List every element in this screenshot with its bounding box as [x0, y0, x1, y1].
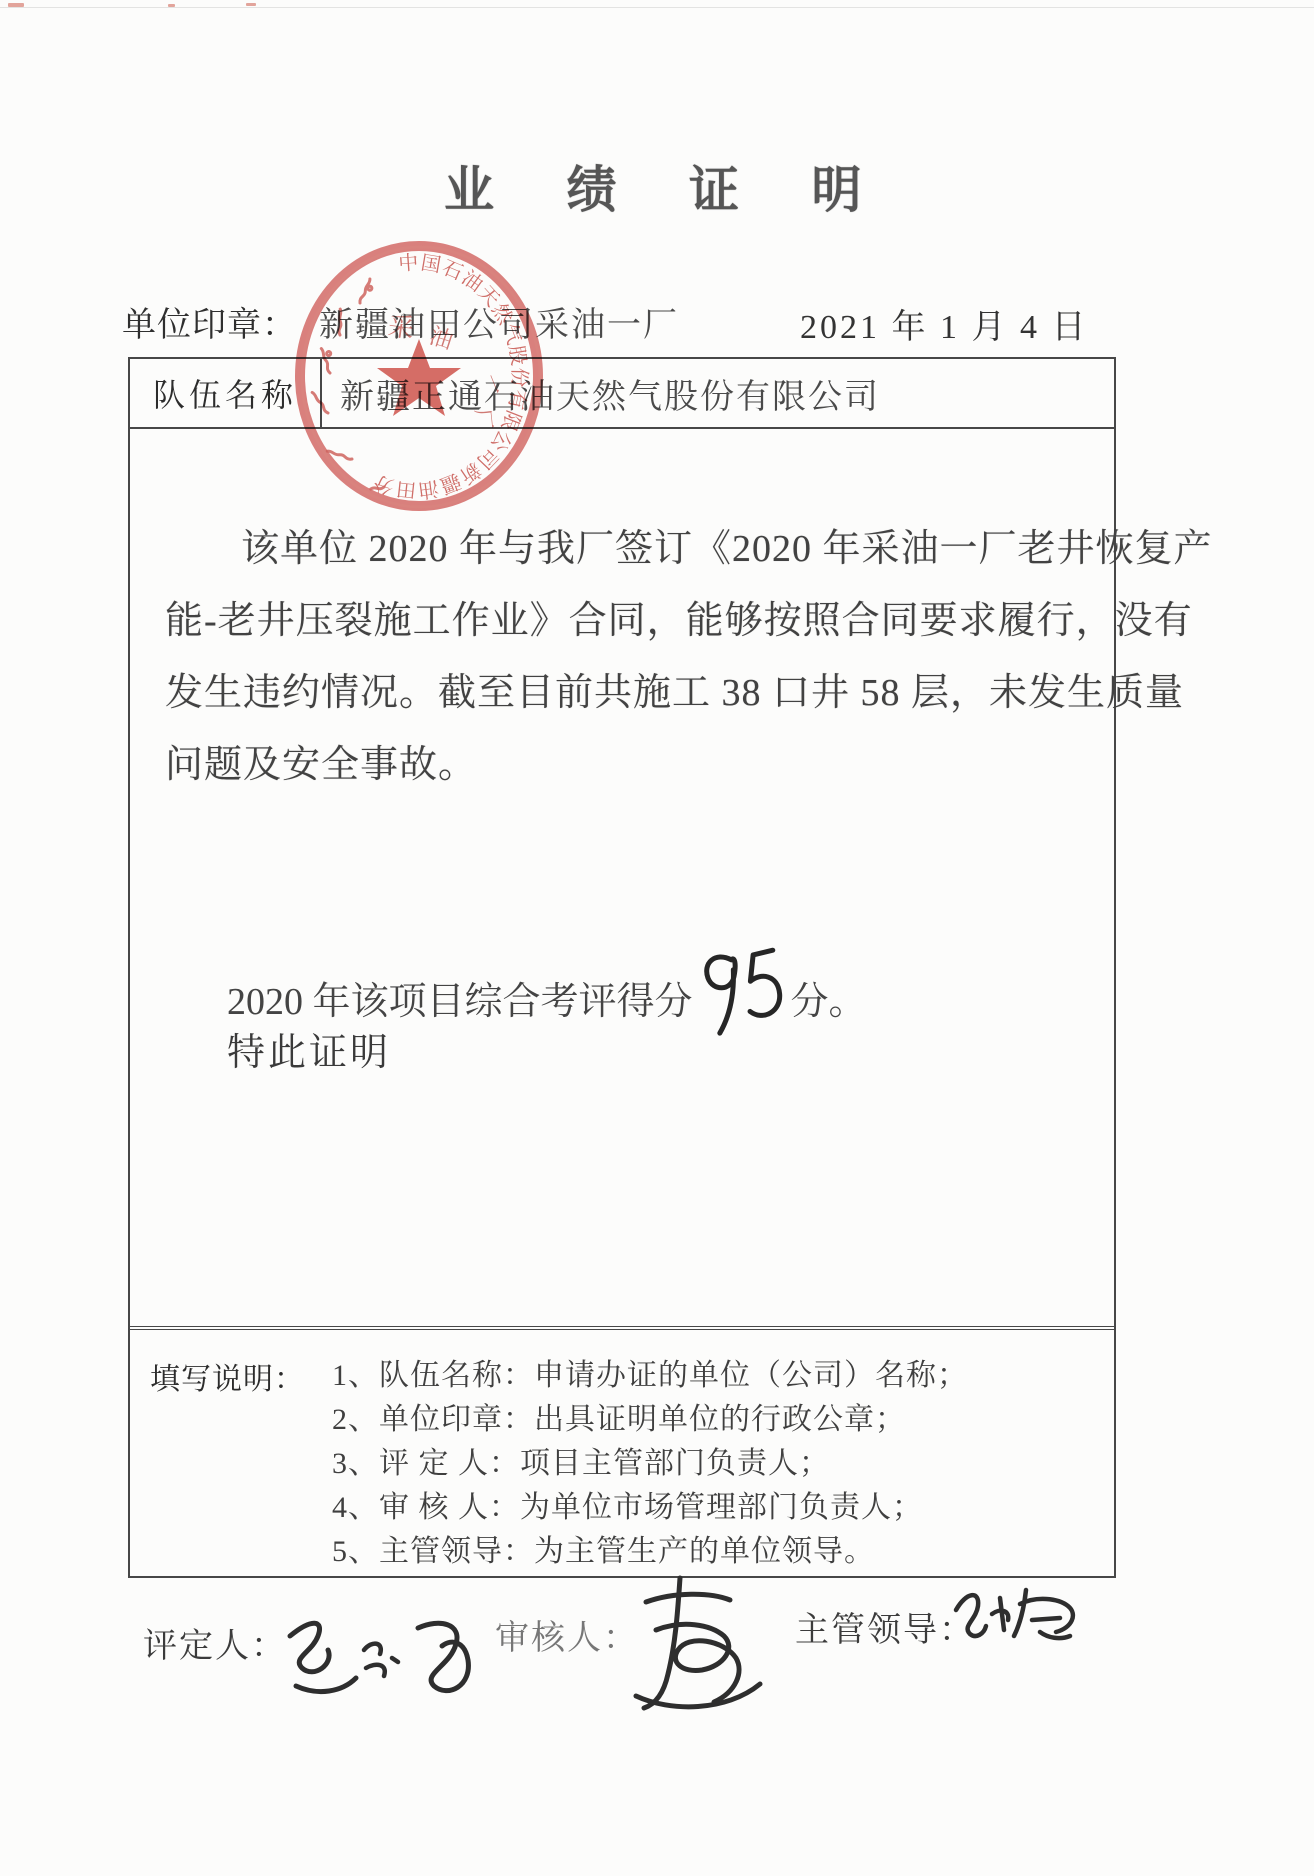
- scan-artifact: [168, 4, 175, 7]
- score-suffix: 分。: [791, 970, 867, 1025]
- score-line: 2020 年该项目综合考评得分 分。: [227, 929, 867, 1025]
- certificate-form-table: 队伍名称 新疆正通石油天然气股份有限公司 该单位 2020 年与我厂签订《202…: [128, 357, 1116, 1578]
- scan-edge-line: [0, 7, 1314, 8]
- body-line: 能-老井压裂施工作业》合同，能够按照合同要求履行，没有: [165, 585, 1086, 657]
- scan-artifact: [8, 3, 24, 7]
- instructions-row: 填写说明： 1、队伍名称：申请办证的单位（公司）名称； 2、单位印章：出具证明单…: [130, 1330, 1114, 1576]
- svg-text:油: 油: [426, 323, 456, 354]
- assessor-label: 评定人：: [143, 1618, 287, 1667]
- body-line: 该单位 2020 年与我厂签订《2020 年采油一厂老井恢复产: [165, 513, 1086, 585]
- svg-text:一: 一: [478, 371, 508, 399]
- instruction-item: 4、审 核 人：为单位市场管理部门负责人；: [332, 1486, 968, 1530]
- instructions-label: 填写说明：: [150, 1354, 305, 1398]
- svg-text:厂: 厂: [470, 408, 496, 431]
- official-red-stamp: 中国石油天然气股份有限公司新疆油田分公司 采 油 一 厂: [288, 235, 550, 519]
- instruction-item: 3、评 定 人：项目主管部门负责人；: [332, 1442, 968, 1486]
- instruction-item: 1、队伍名称：申请办证的单位（公司）名称；: [332, 1354, 968, 1398]
- page-title: 业 绩 证 明: [444, 150, 892, 222]
- closing-statement: 特此证明: [227, 1021, 391, 1076]
- instruction-item: 5、主管领导：为主管生产的单位领导。: [332, 1530, 968, 1574]
- scan-artifact: [246, 3, 256, 6]
- certificate-body-paragraph: 该单位 2020 年与我厂签订《2020 年采油一厂老井恢复产 能-老井压裂施工…: [165, 513, 1086, 801]
- body-line: 问题及安全事故。: [165, 729, 1086, 801]
- supervisor-signature: [948, 1576, 1096, 1650]
- certificate-body-cell: 该单位 2020 年与我厂签订《2020 年采油一厂老井恢复产 能-老井压裂施工…: [130, 429, 1114, 1330]
- body-line: 发生违约情况。截至目前共施工 38 口井 58 层，未发生质量: [165, 657, 1086, 729]
- team-name-row: 队伍名称 新疆正通石油天然气股份有限公司: [130, 359, 1114, 429]
- certificate-page: 业 绩 证 明 单位印章：新疆油田公司采油一厂 2021 年 1 月 4 日 队…: [0, 0, 1314, 1876]
- instruction-item: 2、单位印章：出具证明单位的行政公章；: [332, 1398, 968, 1442]
- unit-seal-label: 单位印章：: [122, 307, 297, 344]
- instructions-list: 1、队伍名称：申请办证的单位（公司）名称； 2、单位印章：出具证明单位的行政公章…: [332, 1354, 968, 1574]
- assessor-signature: [272, 1598, 487, 1716]
- reviewer-signature: [618, 1572, 778, 1720]
- svg-text:采: 采: [386, 311, 416, 343]
- score-prefix: 2020 年该项目综合考评得分: [227, 970, 693, 1025]
- issue-date: 2021 年 1 月 4 日: [800, 299, 1089, 348]
- handwritten-score: [696, 941, 790, 1044]
